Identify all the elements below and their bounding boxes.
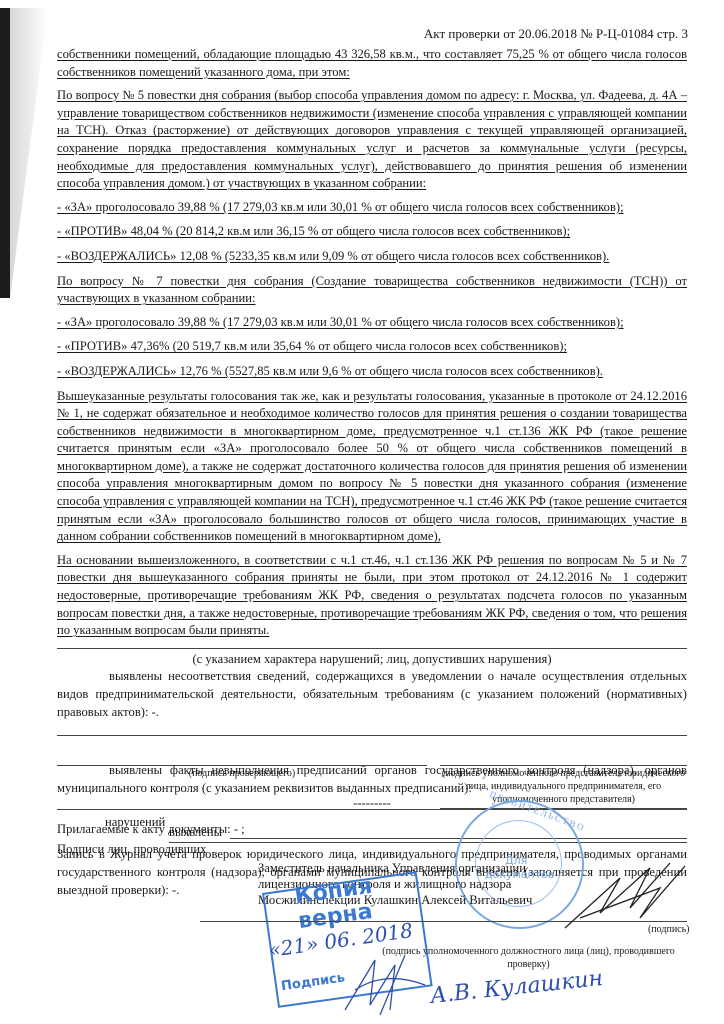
divider-line — [57, 735, 687, 736]
intro-paragraph: собственники помещений, обладающие площа… — [57, 46, 687, 81]
attachments-row: Прилагаемые к акту документы: - ; — [57, 822, 245, 837]
attachments-label: Прилагаемые к акту документы: — [57, 822, 231, 836]
stamp-date-day: 21 — [279, 933, 308, 960]
q7-vote-for: - «ЗА» проголосовало 39,88 % (17 279,03 … — [57, 314, 687, 332]
page-header: Акт проверки от 20.06.2018 № Р-Ц-01084 с… — [424, 26, 688, 42]
inspector-sign-line — [57, 765, 427, 766]
handwritten-name: А.В. Кулашкин — [429, 966, 604, 1009]
q5-vote-abstain: - «ВОЗДЕРЖАЛИСЬ» 12,08 % (5233,35 кв.м и… — [57, 248, 687, 266]
conclusion-paragraph: На основании вышеизложенного, в соответс… — [57, 552, 687, 640]
q5-vote-for: - «ЗА» проголосовало 39,88 % (17 279,03 … — [57, 199, 687, 217]
scan-edge-shadow — [0, 8, 10, 298]
question-7-text: По вопросу № 7 повестки дня собрания (Со… — [57, 273, 687, 308]
q5-vote-against: - «ПРОТИВ» 48,04 % (20 814,2 кв.м или 36… — [57, 223, 687, 241]
attachments-line — [230, 838, 687, 839]
representative-caption: (подпись уполномоченного представителя ю… — [440, 767, 687, 806]
q7-vote-against: - «ПРОТИВ» 47,36% (20 519,7 кв.м или 35,… — [57, 338, 687, 356]
signers-label: Подписи лиц, проводивших — [57, 842, 206, 857]
attachments-value: - ; — [234, 822, 245, 836]
handwritten-signature-icon — [335, 950, 435, 1020]
inconsistencies-paragraph: выявлены несоответствия сведений, содерж… — [57, 668, 687, 721]
results-paragraph: Вышеуказанные результаты голосования так… — [57, 388, 687, 546]
question-5-text: По вопросу № 5 повестки дня собрания (вы… — [57, 87, 687, 193]
violations-underline — [169, 842, 687, 843]
scan-edge-gradient — [10, 8, 48, 298]
representative-sign-line — [440, 765, 687, 766]
representative-sign-line-2 — [440, 808, 687, 809]
divider-line — [57, 648, 687, 649]
violations-caption: (с указанием характера нарушений; лиц, д… — [57, 651, 687, 669]
q7-vote-abstain: - «ВОЗДЕРЖАЛИСЬ» 12,76 % (5527,85 кв.м и… — [57, 363, 687, 381]
inspector-caption: (подпись проверяющего) — [57, 767, 427, 780]
signature-scribble-icon — [560, 858, 690, 938]
